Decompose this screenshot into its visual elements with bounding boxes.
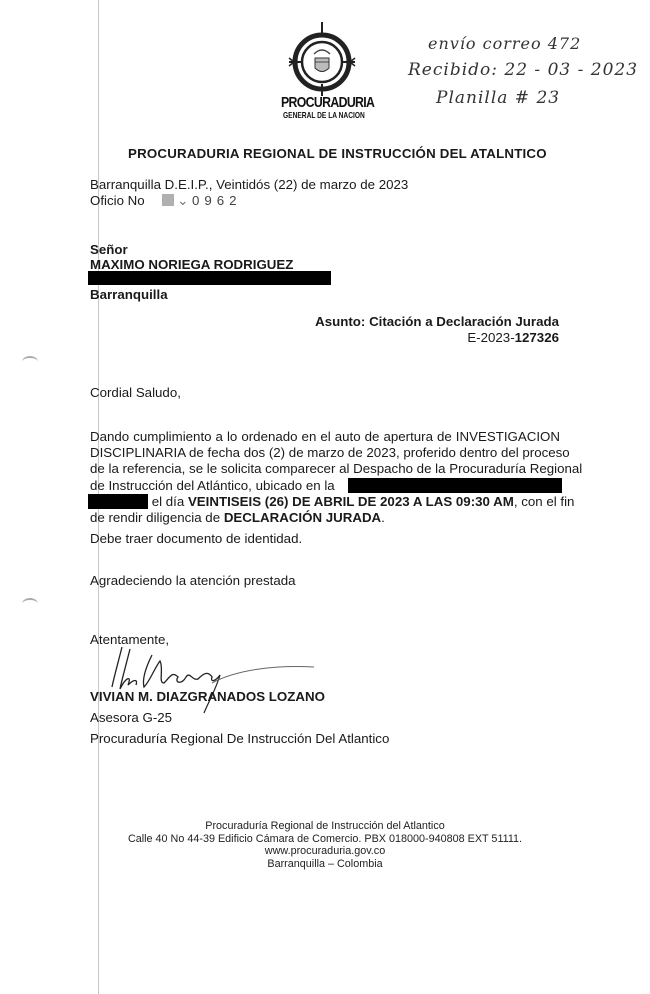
signer-office: Procuraduría Regional De Instrucción Del… <box>90 731 389 747</box>
footer-address: Calle 40 No 44-39 Edificio Cámara de Com… <box>100 833 550 846</box>
footer-website: www.procuraduria.gov.co <box>100 845 550 858</box>
reference-number: E-2023-127326 <box>467 330 559 346</box>
oficio-line: Oficio No ⌄ 0962 <box>90 193 242 209</box>
recipient-city: Barranquilla <box>90 287 168 303</box>
body-line: el día VEINTISEIS (26) DE ABRIL DE 2023 … <box>90 494 560 510</box>
stamp-smudge <box>162 194 174 206</box>
handwritten-note-received: Recibido: 22 - 03 - 2023 <box>408 60 638 80</box>
oficio-number: 0962 <box>192 193 242 208</box>
recipient-salutation: Señor <box>90 242 128 258</box>
logo-subtitle: GENERAL DE LA NACION <box>283 110 361 120</box>
punch-hole-mark <box>22 598 38 610</box>
document-title: PROCURADURIA REGIONAL DE INSTRUCCIÓN DEL… <box>128 146 547 161</box>
subject-line: Asunto: Citación a Declaración Jurada <box>315 314 559 330</box>
footer-office: Procuraduría Regional de Instrucción del… <box>100 820 550 833</box>
redacted-location-cont <box>88 494 148 509</box>
procuraduria-logo: PROCURADURIA GENERAL DE LA NACION <box>272 22 372 132</box>
procuraduria-seal-icon <box>287 22 357 96</box>
thanks-line: Agradeciendo la atención prestada <box>90 573 296 589</box>
requirement-note: Debe traer documento de identidad. <box>90 531 302 547</box>
signer-role: Asesora G-25 <box>90 710 172 726</box>
logo-title: PROCURADURIA <box>281 96 363 110</box>
place-date: Barranquilla D.E.I.P., Veintidós (22) de… <box>90 177 408 193</box>
appointment-datetime: VEINTISEIS (26) DE ABRIL DE 2023 A LAS 0… <box>188 494 514 509</box>
greeting: Cordial Saludo, <box>90 385 181 401</box>
footer: Procuraduría Regional de Instrucción del… <box>100 820 550 870</box>
body-line: DISCIPLINARIA de fecha dos (2) de marzo … <box>90 445 560 461</box>
redacted-address <box>88 271 331 285</box>
subject-label: Asunto: <box>315 314 365 329</box>
signer-name: VIVIAN M. DIAZGRANADOS LOZANO <box>90 689 325 705</box>
handwritten-note-planilla: Planilla # 23 <box>436 88 560 108</box>
punch-hole-mark <box>22 356 38 368</box>
body-line: Dando cumplimiento a lo ordenado en el a… <box>90 429 560 445</box>
body-line: de rendir diligencia de DECLARACIÓN JURA… <box>90 510 560 526</box>
handwritten-note-mail: envío correo 472 <box>428 34 581 53</box>
footer-city: Barranquilla – Colombia <box>100 858 550 871</box>
diligence-type: DECLARACIÓN JURADA <box>224 510 381 525</box>
body-line: de Instrucción del Atlántico, ubicado en… <box>90 478 560 494</box>
subject-text: Citación a Declaración Jurada <box>369 314 559 329</box>
oficio-label: Oficio No <box>90 193 145 208</box>
body-line: de la referencia, se le solicita compare… <box>90 461 560 477</box>
body-paragraph: Dando cumplimiento a lo ordenado en el a… <box>90 429 560 526</box>
redacted-location <box>348 478 562 493</box>
